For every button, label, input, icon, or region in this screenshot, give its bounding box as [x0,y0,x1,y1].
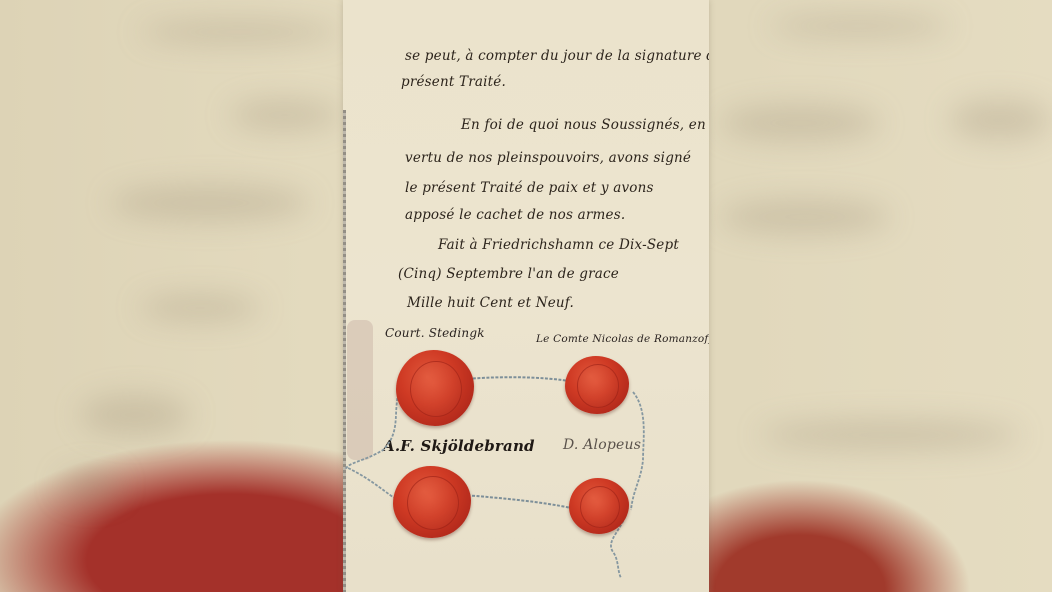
document-line-7: Fait à Friedrichshamn ce Dix-Sept [438,237,679,253]
wax-seal-bottom-left [393,466,471,538]
blurred-text-smudge [110,185,310,221]
blurred-text-smudge [60,470,120,500]
blurred-text-smudge [760,420,1020,450]
document-line-2: présent Traité. [401,74,506,90]
water-stain [347,320,373,460]
document-line-9: Mille huit Cent et Neuf. [407,295,574,311]
document-line-1: se peut, à compter du jour de la signatu… [405,48,709,64]
document-line-4: vertu de nos pleinspouvoirs, avons signé [405,150,691,166]
document-line-6: apposé le cachet de nos armes. [405,207,625,223]
signature-stedingk: Court. Stedingk [385,326,485,340]
signature-skjoldebrand: A.F. Skjöldebrand [383,437,535,455]
blurred-text-smudge [720,105,880,141]
blurred-text-smudge [230,100,340,130]
signature-romanzoff: Le Comte Nicolas de Romanzoff [536,333,709,345]
wax-seal-top-right [565,356,629,414]
blurred-text-smudge [80,395,190,435]
wax-seal-bottom-right [569,478,629,534]
image-stage: se peut, à compter du jour de la signatu… [0,0,1052,592]
blurred-text-smudge [140,295,260,321]
signature-alopeus: D. Alopeus [563,437,641,453]
blurred-text-smudge [720,200,890,234]
document-page: se peut, à compter du jour de la signatu… [343,0,709,592]
cord-edge [343,110,346,592]
document-line-5: le présent Traité de paix et y avons [405,180,654,196]
blurred-text-smudge [950,100,1050,140]
blurred-text-smudge [770,15,950,37]
wax-seal-top-left [396,350,474,426]
document-line-3: En foi de quoi nous Soussignés, en [461,117,706,133]
blurred-text-smudge [140,20,340,44]
document-line-8: (Cinq) Septembre l'an de grace [398,266,619,282]
